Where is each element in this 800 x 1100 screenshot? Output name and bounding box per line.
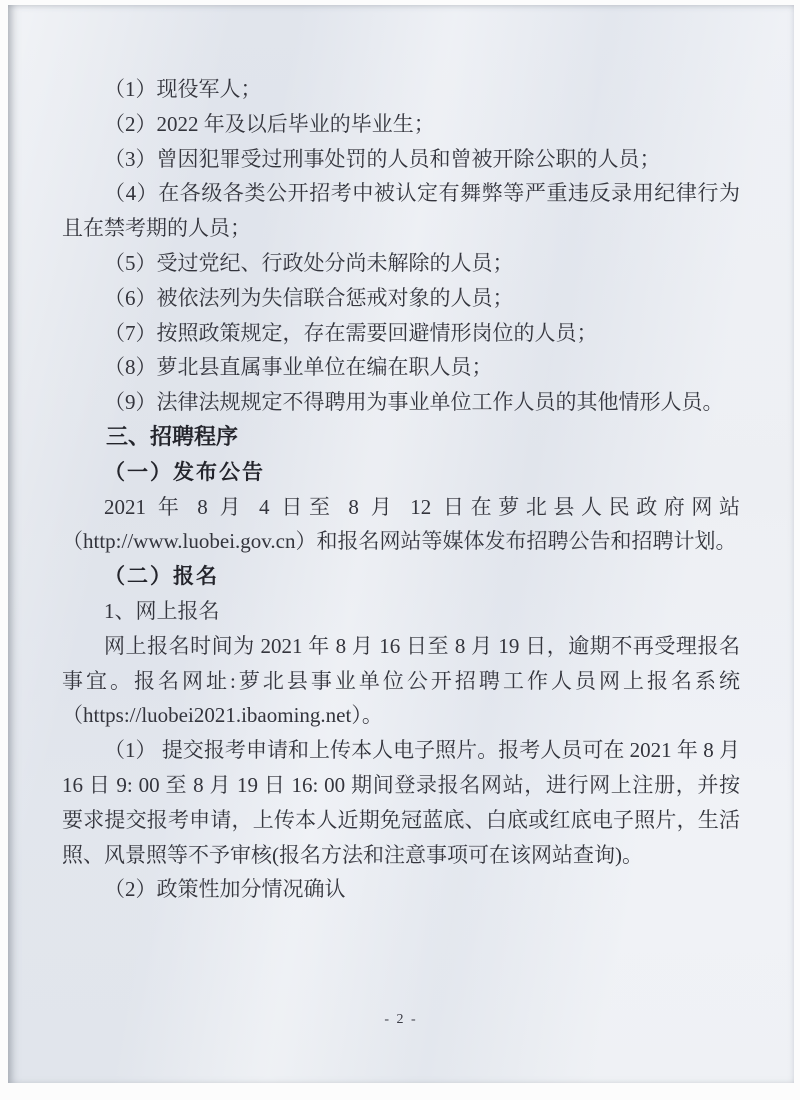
paragraph-policy-bonus: （2）政策性加分情况确认 [62,872,740,907]
document-body: （1）现役军人； （2）2022 年及以后毕业的毕业生； （3）曾因犯罪受过刑事… [62,72,740,907]
list-item-6: （6）被依法列为失信联合惩戒对象的人员； [62,281,740,316]
list-item-7: （7）按照政策规定，存在需要回避情形岗位的人员； [62,316,740,351]
list-item-5: （5）受过党纪、行政处分尚未解除的人员； [62,246,740,281]
page-number: - 2 - [62,1012,740,1028]
list-item-8: （8）萝北县直属事业单位在编在职人员； [62,350,740,385]
subsection-heading-announcement: （一）发布公告 [62,455,740,490]
list-item-9: （9）法律法规规定不得聘用为事业单位工作人员的其他情形人员。 [62,385,740,420]
list-item-3: （3）曾因犯罪受过刑事处罚的人员和曾被开除公职的人员； [62,142,740,177]
section-heading-recruitment-procedure: 三、招聘程序 [62,420,740,455]
list-item-1: （1）现役军人； [62,72,740,107]
list-item-2: （2）2022 年及以后毕业的毕业生； [62,107,740,142]
paragraph-application-submission: （1） 提交报考申请和上传本人电子照片。报考人员可在 2021 年 8 月 16… [62,733,740,872]
scanned-document-page: （1）现役军人； （2）2022 年及以后毕业的毕业生； （3）曾因犯罪受过刑事… [8,5,794,1083]
list-item-4: （4）在各级各类公开招考中被认定有舞弊等严重违反录用纪律行为且在禁考期的人员； [62,176,740,246]
paragraph-announcement-detail: 2021 年 8 月 4 日至 8 月 12 日在萝北县人民政府网站（http:… [62,490,740,560]
subsection-heading-registration: （二）报名 [62,559,740,594]
paragraph-online-registration-title: 1、网上报名 [62,594,740,629]
paragraph-registration-time: 网上报名时间为 2021 年 8 月 16 日至 8 月 19 日，逾期不再受理… [62,629,740,733]
